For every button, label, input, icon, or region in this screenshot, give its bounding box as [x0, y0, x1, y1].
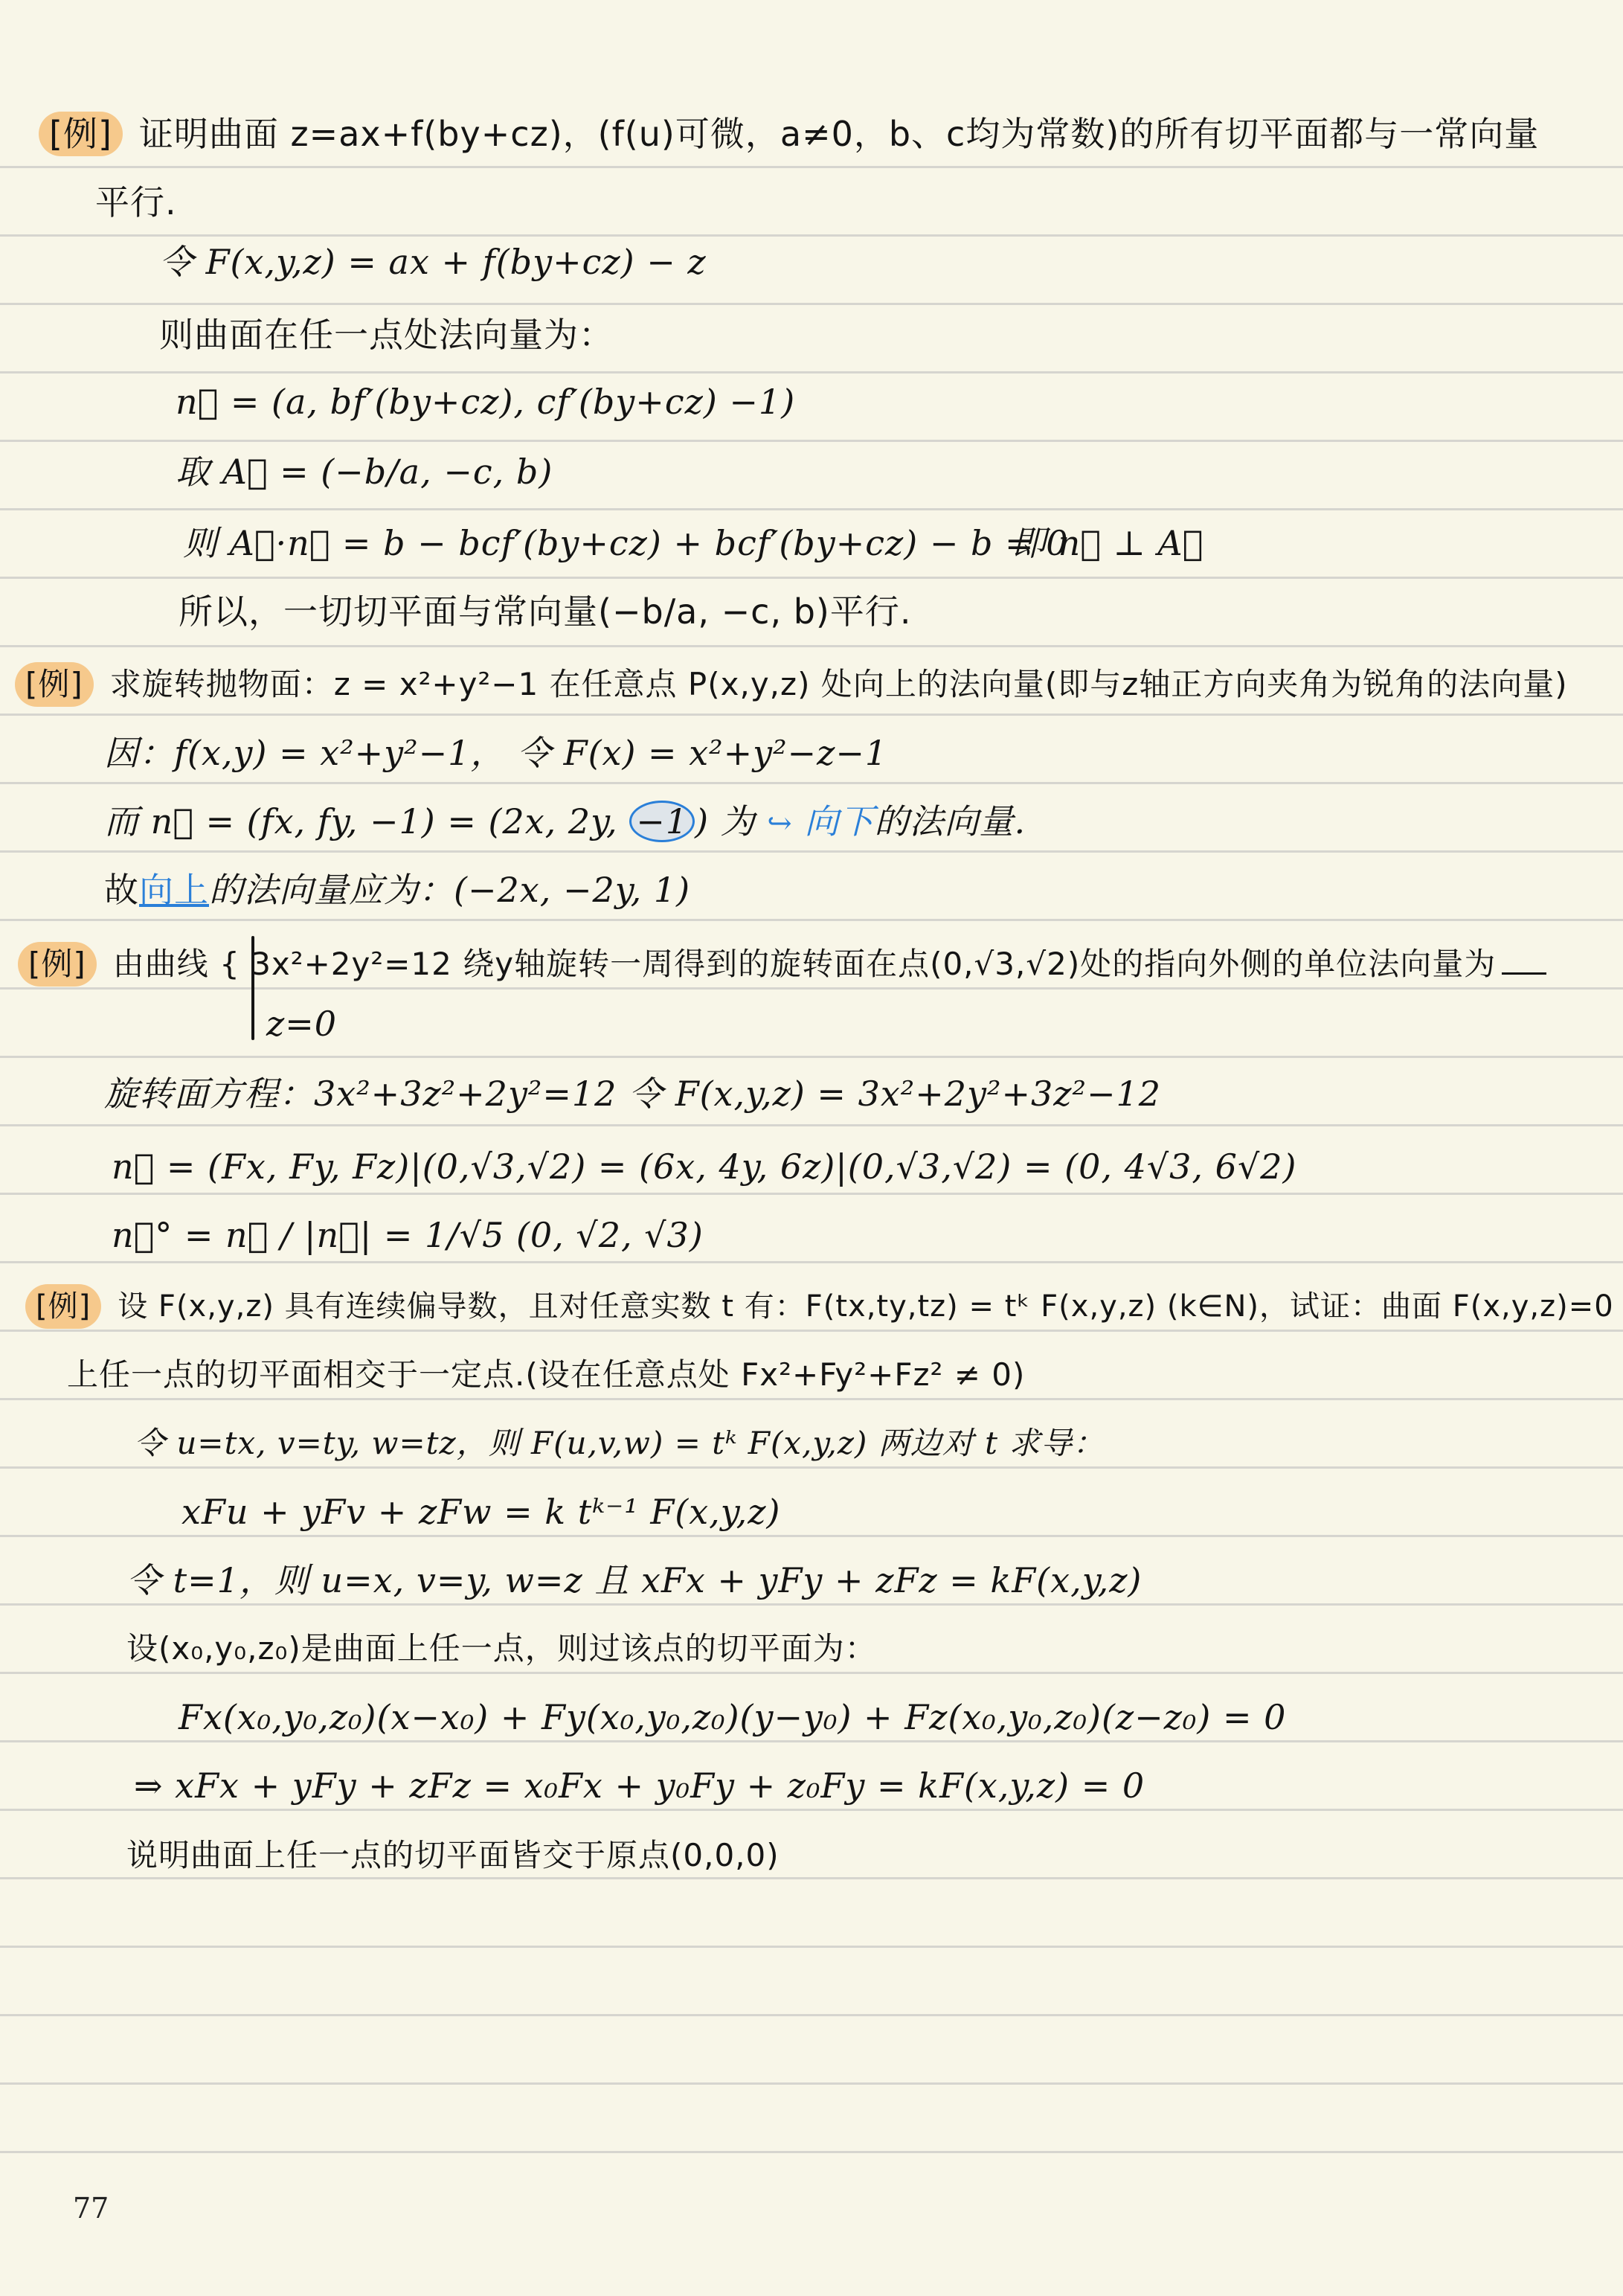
- system-brace: [251, 936, 254, 1040]
- example-tag: [例]: [15, 662, 94, 707]
- example-1-step-4: 取 A⃗ = (−b/a, −c, b): [176, 449, 553, 494]
- example-4-step-1: 令 u=tx, v=ty, w=tz，则 F(u,v,w) = tᵏ F(x,y…: [134, 1421, 1105, 1466]
- example-4-step-4: 设(x₀,y₀,z₀)是曲面上任一点，则过该点的切平面为：: [126, 1626, 877, 1671]
- example-1-step-1: 令 F(x,y,z) = ax + f(by+cz) − z: [159, 240, 707, 284]
- example-2-step-3: 故向上的法向量应为：(−2x, −2y, 1): [104, 868, 690, 912]
- example-1-conclusion: 所以，一切切平面与常向量(−b/a, −c, b)平行.: [179, 589, 911, 634]
- example-4-step-5: Fx(x₀,y₀,z₀)(x−x₀) + Fy(x₀,y₀,z₀)(y−y₀) …: [179, 1695, 1286, 1739]
- example-3-step-3: n⃗° = n⃗ / |n⃗| = 1/√5 (0, √2, √3): [112, 1213, 704, 1257]
- example-1-step-6: 即 n⃗ ⊥ A⃗: [1012, 521, 1203, 565]
- example-1-step-2: 则曲面在任一点处法向量为：: [159, 312, 614, 357]
- circled-minus-one: −1: [629, 801, 695, 842]
- annotation-downward: 向下: [804, 801, 874, 841]
- example-4-step-2: xFu + yFv + zFw = k tᵏ⁻¹ F(x,y,z): [181, 1489, 780, 1534]
- example-4-problem-line1: [例]设 F(x,y,z) 具有连续偏导数，且对任意实数 t 有：F(tx,ty…: [25, 1284, 1614, 1329]
- example-3-problem-line2: z=0: [266, 1001, 337, 1046]
- example-2-step-1: 因：f(x,y) = x²+y²−1， 令 F(x) = x²+y²−z−1: [104, 731, 887, 775]
- example-1-problem-line1: [例]证明曲面 z=ax+f(by+cz)，(f(u)可微，a≠0，b、c均为常…: [39, 112, 1539, 156]
- example-tag: [例]: [25, 1284, 101, 1329]
- example-tag: [例]: [39, 112, 123, 156]
- example-4-step-3: 令 t=1，则 u=x, v=y, w=z 且 xFx + yFy + zFz …: [126, 1558, 1142, 1603]
- problem-text: 求旋转抛物面：z = x²+y²−1 在任意点 P(x,y,z) 处向上的法向量…: [110, 666, 1568, 702]
- bottom-margin: [0, 2169, 1623, 2296]
- answer-blank: [1502, 972, 1546, 975]
- normal-vector-text: 而 n⃗ = (fx, fy, −1) = (2x, 2y,: [104, 801, 629, 841]
- problem-text: 由曲线 { 3x²+2y²=12 绕y轴旋转一周得到的旋转面在点(0,√3,√2…: [113, 946, 1496, 982]
- problem-text: 证明曲面 z=ax+f(by+cz)，(f(u)可微，a≠0，b、c均为常数)的…: [139, 114, 1539, 154]
- upward-normal-result: 的法向量应为：(−2x, −2y, 1): [209, 870, 690, 910]
- example-4-step-6: ⇒ xFx + yFy + zFz = x₀Fx + y₀Fy + z₀Fy =…: [134, 1763, 1145, 1808]
- example-3-step-2: n⃗ = (Fx, Fy, Fz)|(0,√3,√2) = (6x, 4y, 6…: [112, 1144, 1296, 1189]
- problem-text: 设 F(x,y,z) 具有连续偏导数，且对任意实数 t 有：F(tx,ty,tz…: [118, 1289, 1613, 1324]
- annotation-upward: 向上: [139, 870, 209, 910]
- normal-vector-suffix: ) 为: [695, 801, 756, 841]
- example-2-problem-line1: [例]求旋转抛物面：z = x²+y²−1 在任意点 P(x,y,z) 处向上的…: [15, 662, 1568, 707]
- example-1-step-5: 则 A⃗·n⃗ = b − bcf′(by+cz) + bcf′(by+cz) …: [183, 521, 1069, 565]
- example-4-problem-line2: 上任一点的切平面相交于一定点.(设在任意点处 Fx²+Fy²+Fz² ≠ 0): [67, 1353, 1025, 1397]
- example-3-problem-line1: [例]由曲线 { 3x²+2y²=12 绕y轴旋转一周得到的旋转面在点(0,√3…: [18, 942, 1546, 987]
- example-1-problem-line2: 平行.: [95, 180, 177, 225]
- downward-suffix: 的法向量.: [874, 801, 1026, 841]
- example-1-step-3: n⃗ = (a, bf′(by+cz), cf′(by+cz) −1): [176, 379, 795, 424]
- curved-arrow-icon: ↪: [767, 807, 793, 841]
- example-4-conclusion: 说明曲面上任一点的切平面皆交于原点(0,0,0): [126, 1833, 780, 1878]
- example-3-step-1: 旋转面方程：3x²+3z²+2y²=12 令 F(x,y,z) = 3x²+2y…: [104, 1071, 1161, 1116]
- example-tag: [例]: [18, 942, 97, 987]
- page-number: 77: [73, 2192, 109, 2225]
- therefore-text: 故: [104, 870, 139, 910]
- example-2-step-2: 而 n⃗ = (fx, fy, −1) = (2x, 2y, −1) 为 ↪ 向…: [104, 799, 1026, 846]
